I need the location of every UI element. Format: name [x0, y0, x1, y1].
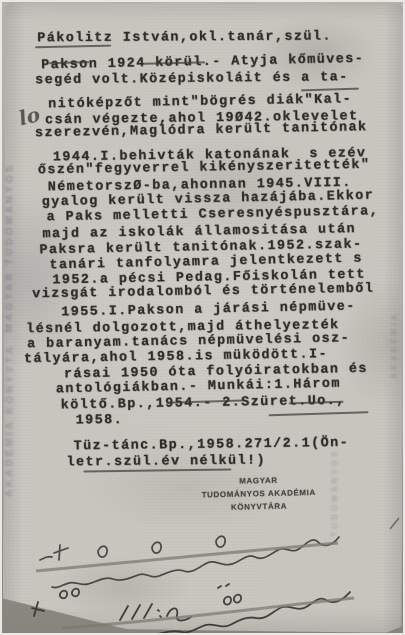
- ghost-bleed-text: AKADÉMIA: [390, 294, 399, 379]
- handwritten-margin-correction: lo: [16, 102, 42, 130]
- scanned-photo-frame: Pákolitz István,okl.tanár,szül. Pakson 1…: [0, 0, 405, 635]
- ghost-bleed-text: MAGYAR TUDOMÁNYOS: [4, 132, 16, 332]
- library-stamp: MAGYAR TUDOMÁNYOS AKADÉMIA KÖNYVTÁRA: [186, 473, 332, 515]
- ghost-bleed-text: AKADÉMIA KÖNYVTÁRA: [4, 347, 16, 497]
- underline-stroke: [301, 88, 359, 92]
- typed-line: segéd volt.Középiskoláit és a ta-: [35, 71, 349, 89]
- underline-stroke: [269, 411, 369, 416]
- typed-line: költő.Bp.,1954.- 2.Szüret.Uo.,: [61, 395, 346, 415]
- catalog-card: Pákolitz István,okl.tanár,szül. Pakson 1…: [3, 2, 405, 633]
- underline-stroke: [35, 45, 111, 49]
- typed-line: Tüz-tánc.Bp.,1958.271/2.1(Ön-: [73, 437, 349, 455]
- typed-line: 1958.: [76, 414, 124, 429]
